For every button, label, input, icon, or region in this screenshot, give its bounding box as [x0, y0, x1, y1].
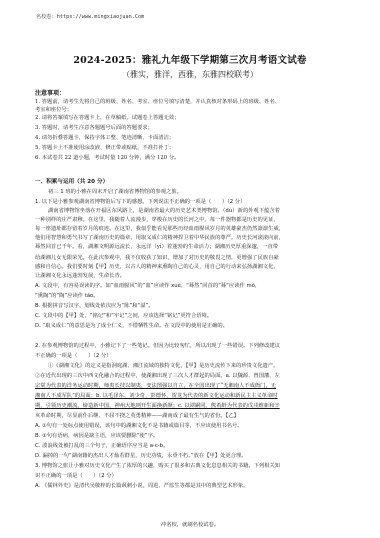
q2-passage-line: ②在近代出现的三次中西文化融合的过程中，使湖湘出现了三次人才群起的局面。a. 以…	[35, 372, 280, 380]
notes-heading: 注意事项：	[35, 88, 65, 97]
question-2-stem-cont: 不正确的一项是（ ）（2 分）	[35, 352, 112, 360]
note-line: 5. 答题卡上不准使用涂改液、修正带或贴纸，不准打补丁；	[35, 144, 174, 152]
exam-page: 名校卷：https://www.mingxiaojuan.Com 2024-20…	[0, 0, 380, 538]
note-line: 3. 答题时，请考生注意各题题号后面的答题要求；	[35, 124, 153, 132]
question-3-stem: 3. 博物馆之旅让小雅对历史文化产生了浓厚的兴趣，购买了很多和古典文化息息相关的…	[35, 462, 280, 470]
q2-passage-line: 宗棠为代表的洋务运动时期，师夷长技以制夷，变法图强以自立，在全国出现了“无湘南人…	[35, 382, 276, 390]
q2-option-d: D. 漏掉的一句“湖南籍的杰出人才灿若群星，历史功绩，永垂不朽。”放在【甲】处更…	[35, 452, 247, 460]
passage-line: 给湖湘儿女无限荣光。在此次参观中，我不仅收获了知识，增加了对历史的敬畏之情，更增…	[35, 254, 279, 262]
passage-line: 蓦然回首已千年。看，湖湘文明源远流长，永远洋（yì）着蓬勃的生命活力；湖湘历史厚…	[35, 243, 278, 251]
q2-passage-line: 亥革命时期，尽显前仆后继、不屈不挠之英勇精神——湖南成了最有生气的省份。【乙】	[35, 412, 239, 420]
question-3-stem-cont: 识不正确的一项是（ ）（2 分）	[35, 472, 117, 480]
q2-passage-line: 期，引领历史潮流，缔造新中国，神州大地则开生面换新颜；c. 以谭嗣同、熊希龄为代…	[35, 402, 280, 410]
passage-line: 每一座遗址都存留着岁月的痕迹。在这里，我似乎能看见那些历经血雨腥风岁月的英雄豪杰…	[35, 225, 284, 233]
q2-passage-line: ①《湖湘文化》的定义是指洞庭湖、湘江流域的独特文化，【甲】是历史流传下来的珍贵文…	[48, 362, 278, 370]
passage-line: 一种别样的庄严肃穆。在这里，我随着人流漫步，穿梭在历史的长河之中，每一件器物都是…	[35, 216, 279, 224]
note-line: 考室和座位号；	[35, 106, 72, 114]
passage-line: 让湖湘文化永远蓬勃发展，生命长青。	[35, 272, 125, 280]
exam-subtitle: （雅实，雅洋，西雅，东雅四校联考）	[0, 69, 380, 80]
passage-line: 感和自信心。我们要时刻【甲】历史，以古人的精神来熏陶自己的心灵，用自己的行动来弘…	[35, 263, 279, 271]
q1-option-a-cont: “熏陶”的“陶”应读作 táo。	[35, 292, 99, 300]
passage-line: 他们用智慧和勇气书写了湖南历史的篇章，用取义成仁的精神捍卫着中华民族的尊严。历史…	[35, 234, 284, 242]
note-line: 1. 答题前，请考生先将自己的班级、姓名、考室、座位号填写清楚，并认真核对条形码…	[35, 98, 280, 106]
q2-passage-line: 湘南人不成军队”的局面；b. 以毛泽东、刘少奇、彭德怀、贺龙为代表的新文化运动和…	[35, 392, 278, 400]
note-line: 6. 本试卷共 22 道小题，考试时量 120 分钟，满分 120 分。	[35, 154, 179, 162]
source-url: 名校卷：https://www.mingxiaojuan.Com	[36, 13, 144, 20]
q1-option-d: D. “取义成仁”的意思是为了成全仁义，不惜牺牲生命。在文段中的使用是正确的。	[35, 322, 228, 330]
page-footer: 冲名校，就刷名校试卷。	[0, 520, 380, 528]
q1-option-c: C. 文段中的【甲】处，“铭记”和“牢记”之间，应该选择“铭记”更符合语境。	[35, 312, 212, 320]
q1-option-a: A. 文段中，有容易误读的字。如“血雨腥风”的“血”应读作 xuè，“蓦然”回首…	[35, 282, 260, 290]
section-heading: 一、积累与运用（共 20 分）	[35, 178, 108, 186]
q2-option-c: C. 波浪线处被打乱的三个句子，正确语序应当是 a-c-b。	[35, 442, 168, 450]
section-intro: 初三 1 班的小雅在周末开启了湖南省博物馆的参观之旅。	[48, 188, 182, 196]
question-1-stem: 1. 以下是小雅参观湖南省博物馆后写下的感想。下列说法不正确的一项是（ ）（2 …	[35, 198, 245, 206]
q3-option-a: A. 《儒林外史》是清代吴敬梓的长篇讽刺小说，周进、严监生等都是其中的典型艺术形…	[35, 482, 248, 490]
q2-option-a: A. ①句有一处标点使用错误，该句中的湖湘文化不是书籍或篇目等，不应该使用书名号…	[35, 422, 243, 430]
q1-option-b: B. 根据拼音写汉字，划线处依次应为“陈”和“溢”。	[35, 302, 154, 310]
q2-option-b: B. ②句有语病，病因是缺主语，应该要删除“使”字。	[35, 432, 158, 440]
passage-line: 湖南省博物馆坐落在开福区东风路上，是湖南省最大的历史艺术类博物馆。（dù）新的外…	[48, 207, 280, 215]
question-2-stem: 2. 在参观博物馆的过程中，小雅记下了一些笔记。但因为比较匆忙，所以出现了一些错…	[35, 342, 280, 350]
note-line: 4. 请勿折叠答题卡，保持字体工整、笔迹清晰、卡面清洁；	[35, 134, 174, 142]
exam-title: 2024-2025：雅礼九年级下学期第三次月考语文试卷	[0, 52, 380, 66]
note-line: 2. 请将答案填写在答题卡上，在草稿纸、试题卷上答题无效；	[35, 114, 179, 122]
